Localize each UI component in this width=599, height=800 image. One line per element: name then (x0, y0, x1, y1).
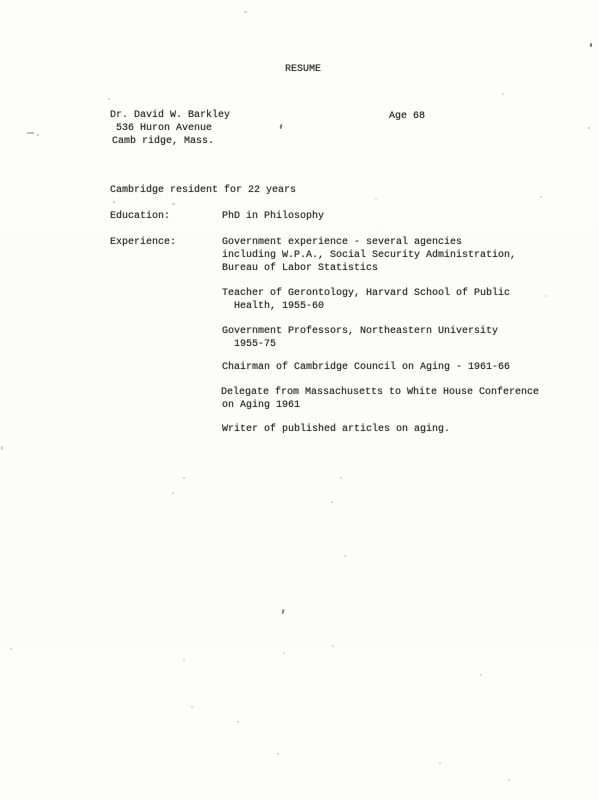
experience-entry-line: Writer of published articles on aging. (222, 424, 450, 435)
scan-speck (183, 477, 185, 479)
address-line-2: Camb ridge, Mass. (112, 136, 214, 147)
scan-speck (375, 198, 377, 200)
scan-mark (281, 609, 284, 614)
scan-speck (277, 753, 279, 755)
scan-speck (113, 201, 115, 203)
scan-speck (508, 779, 510, 781)
scan-speck (344, 555, 346, 557)
scan-speck (283, 652, 285, 654)
scan-speck (502, 93, 504, 95)
scan-speck (108, 98, 110, 100)
scan-speck (172, 203, 175, 205)
scan-speck (237, 721, 239, 723)
scan-speck (37, 134, 39, 136)
scan-speck (10, 648, 12, 650)
experience-entry-line: Government experience - several agencies (222, 237, 462, 248)
experience-entry-line: Teacher of Gerontology, Harvard School o… (222, 288, 510, 299)
person-age: Age 68 (389, 111, 425, 122)
scan-speck (590, 43, 592, 47)
scan-speck (244, 11, 247, 13)
experience-entry-line: Government Professors, Northeastern Univ… (222, 326, 498, 337)
education-value: PhD in Philosophy (222, 211, 324, 222)
scan-speck (545, 295, 547, 297)
scan-speck (191, 706, 193, 708)
experience-entry-line: Chairman of Cambridge Council on Aging -… (222, 362, 510, 373)
scan-speck (340, 477, 342, 479)
scan-speck (183, 659, 185, 661)
experience-entry-line: Health, 1955-60 (222, 301, 324, 312)
experience-entry-line: Delegate from Massachusetts to White Hou… (221, 387, 539, 398)
experience-entry-line: on Aging 1961 (222, 400, 300, 411)
education-label: Education: (110, 211, 170, 222)
page-title: RESUME (285, 64, 321, 75)
experience-entry-line: including W.P.A., Social Security Admini… (222, 250, 516, 261)
experience-entry-line: Bureau of Labor Statistics (222, 263, 378, 274)
scan-mark (27, 132, 34, 134)
scan-speck (172, 492, 174, 494)
experience-label: Experience: (110, 237, 176, 248)
resume-page: RESUME Dr. David W. Barkley 536 Huron Av… (0, 0, 599, 800)
experience-entry-line: 1955-75 (222, 339, 276, 350)
scan-speck (439, 762, 441, 764)
scan-speck (480, 674, 482, 676)
scan-speck (588, 127, 590, 129)
residency-line: Cambridge resident for 22 years (110, 185, 296, 196)
scan-speck (540, 196, 542, 198)
scan-speck (332, 645, 334, 647)
address-line-1: 536 Huron Avenue (116, 123, 212, 134)
scan-speck (331, 501, 333, 503)
scan-mark (279, 124, 282, 129)
person-name: Dr. David W. Barkley (110, 110, 230, 121)
scan-speck (1, 446, 3, 450)
